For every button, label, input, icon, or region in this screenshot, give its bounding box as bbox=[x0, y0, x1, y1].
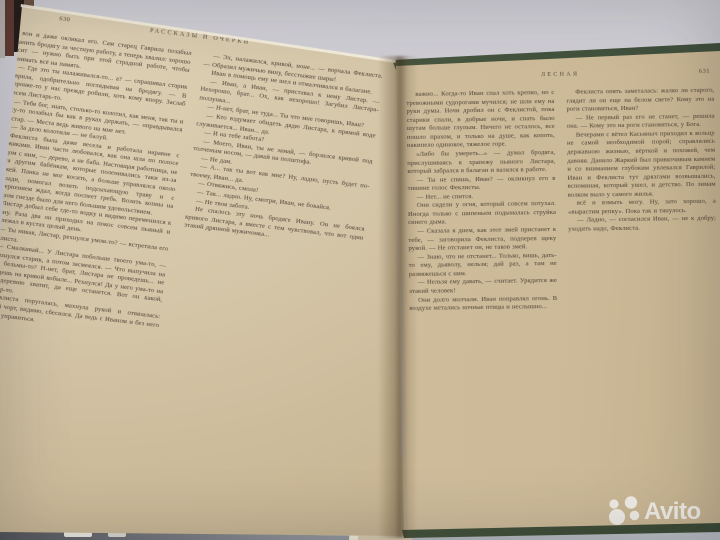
text-column-left-1: вон и даже окликал его. Сам старец Гаври… bbox=[0, 29, 192, 339]
right-page-content: ЛЕСНАЯ 631 важно... Когда-то Иван спал х… bbox=[406, 68, 717, 314]
right-page-header: ЛЕСНАЯ 631 bbox=[406, 68, 714, 85]
text-paragraph: Феклиста опять заметалась: жалко ли стар… bbox=[566, 87, 714, 115]
text-paragraph: Они сидели у огня, который совсем потуха… bbox=[408, 200, 556, 228]
text-column-left-2: — Эх, налажился, кривой, ноне... — ворча… bbox=[170, 52, 383, 362]
text-paragraph: всё и взмыть могу. Ну, зато хорошо, а «в… bbox=[568, 198, 716, 217]
text-column-right-1: важно... Когда-то Иван спал хоть крепко,… bbox=[406, 89, 557, 314]
right-page-number: 631 bbox=[699, 68, 710, 75]
text-paragraph: — Не первый раз его не станет, — решила … bbox=[567, 112, 715, 131]
text-paragraph: «Либо бы умереть...» — думал бродяга, пр… bbox=[407, 149, 555, 177]
text-paragraph: Они долго молчали. Иван поправлял огонь.… bbox=[409, 294, 557, 313]
background-book-spine bbox=[5, 0, 14, 56]
avito-logo-icon bbox=[604, 496, 642, 528]
text-paragraph: Вечерами с вётел Касьяныч приходил к кол… bbox=[567, 130, 716, 201]
left-page-columns: вон и даже окликал его. Сам старец Гаври… bbox=[0, 29, 383, 362]
avito-watermark: Avito bbox=[604, 494, 716, 530]
text-paragraph: — Ты не спишь, Иван? — окликнул его в ти… bbox=[407, 175, 555, 194]
right-page-columns: важно... Когда-то Иван спал хоть крепко,… bbox=[406, 87, 717, 314]
book-photo-scene: 630 РАССКАЗЫ И ОЧЕРКИ вон и даже окликал… bbox=[0, 0, 720, 540]
book-gutter-shadow bbox=[378, 56, 418, 538]
left-page-content: 630 РАССКАЗЫ И ОЧЕРКИ вон и даже окликал… bbox=[0, 10, 385, 362]
text-column-right-2: Феклиста опять заметалась: жалко ли стар… bbox=[566, 87, 717, 312]
avito-wordmark: Avito bbox=[644, 498, 701, 526]
text-paragraph: — Нельзя ему давать, — считает. Урядится… bbox=[409, 277, 557, 296]
text-paragraph: — Сказала я днем, как этот змей пристане… bbox=[408, 226, 556, 254]
right-running-head: ЛЕСНАЯ bbox=[406, 69, 714, 80]
text-paragraph: — Ладно, — согласился Иван, — не к добру… bbox=[568, 215, 716, 234]
text-paragraph: — Знаю, что не отстанет... Только, вишь,… bbox=[409, 252, 557, 280]
text-paragraph: важно... Когда-то Иван спал хоть крепко,… bbox=[406, 89, 555, 151]
